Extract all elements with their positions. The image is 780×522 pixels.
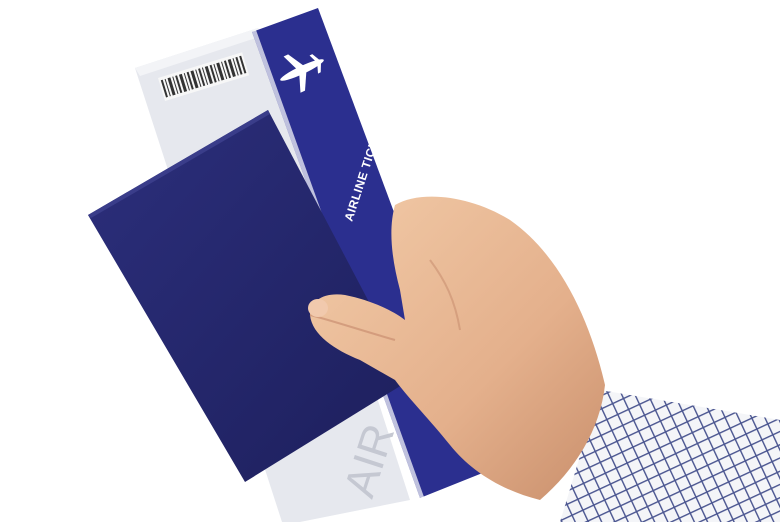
photo-scene: AIRLINE TICKET AIR: [0, 0, 780, 522]
